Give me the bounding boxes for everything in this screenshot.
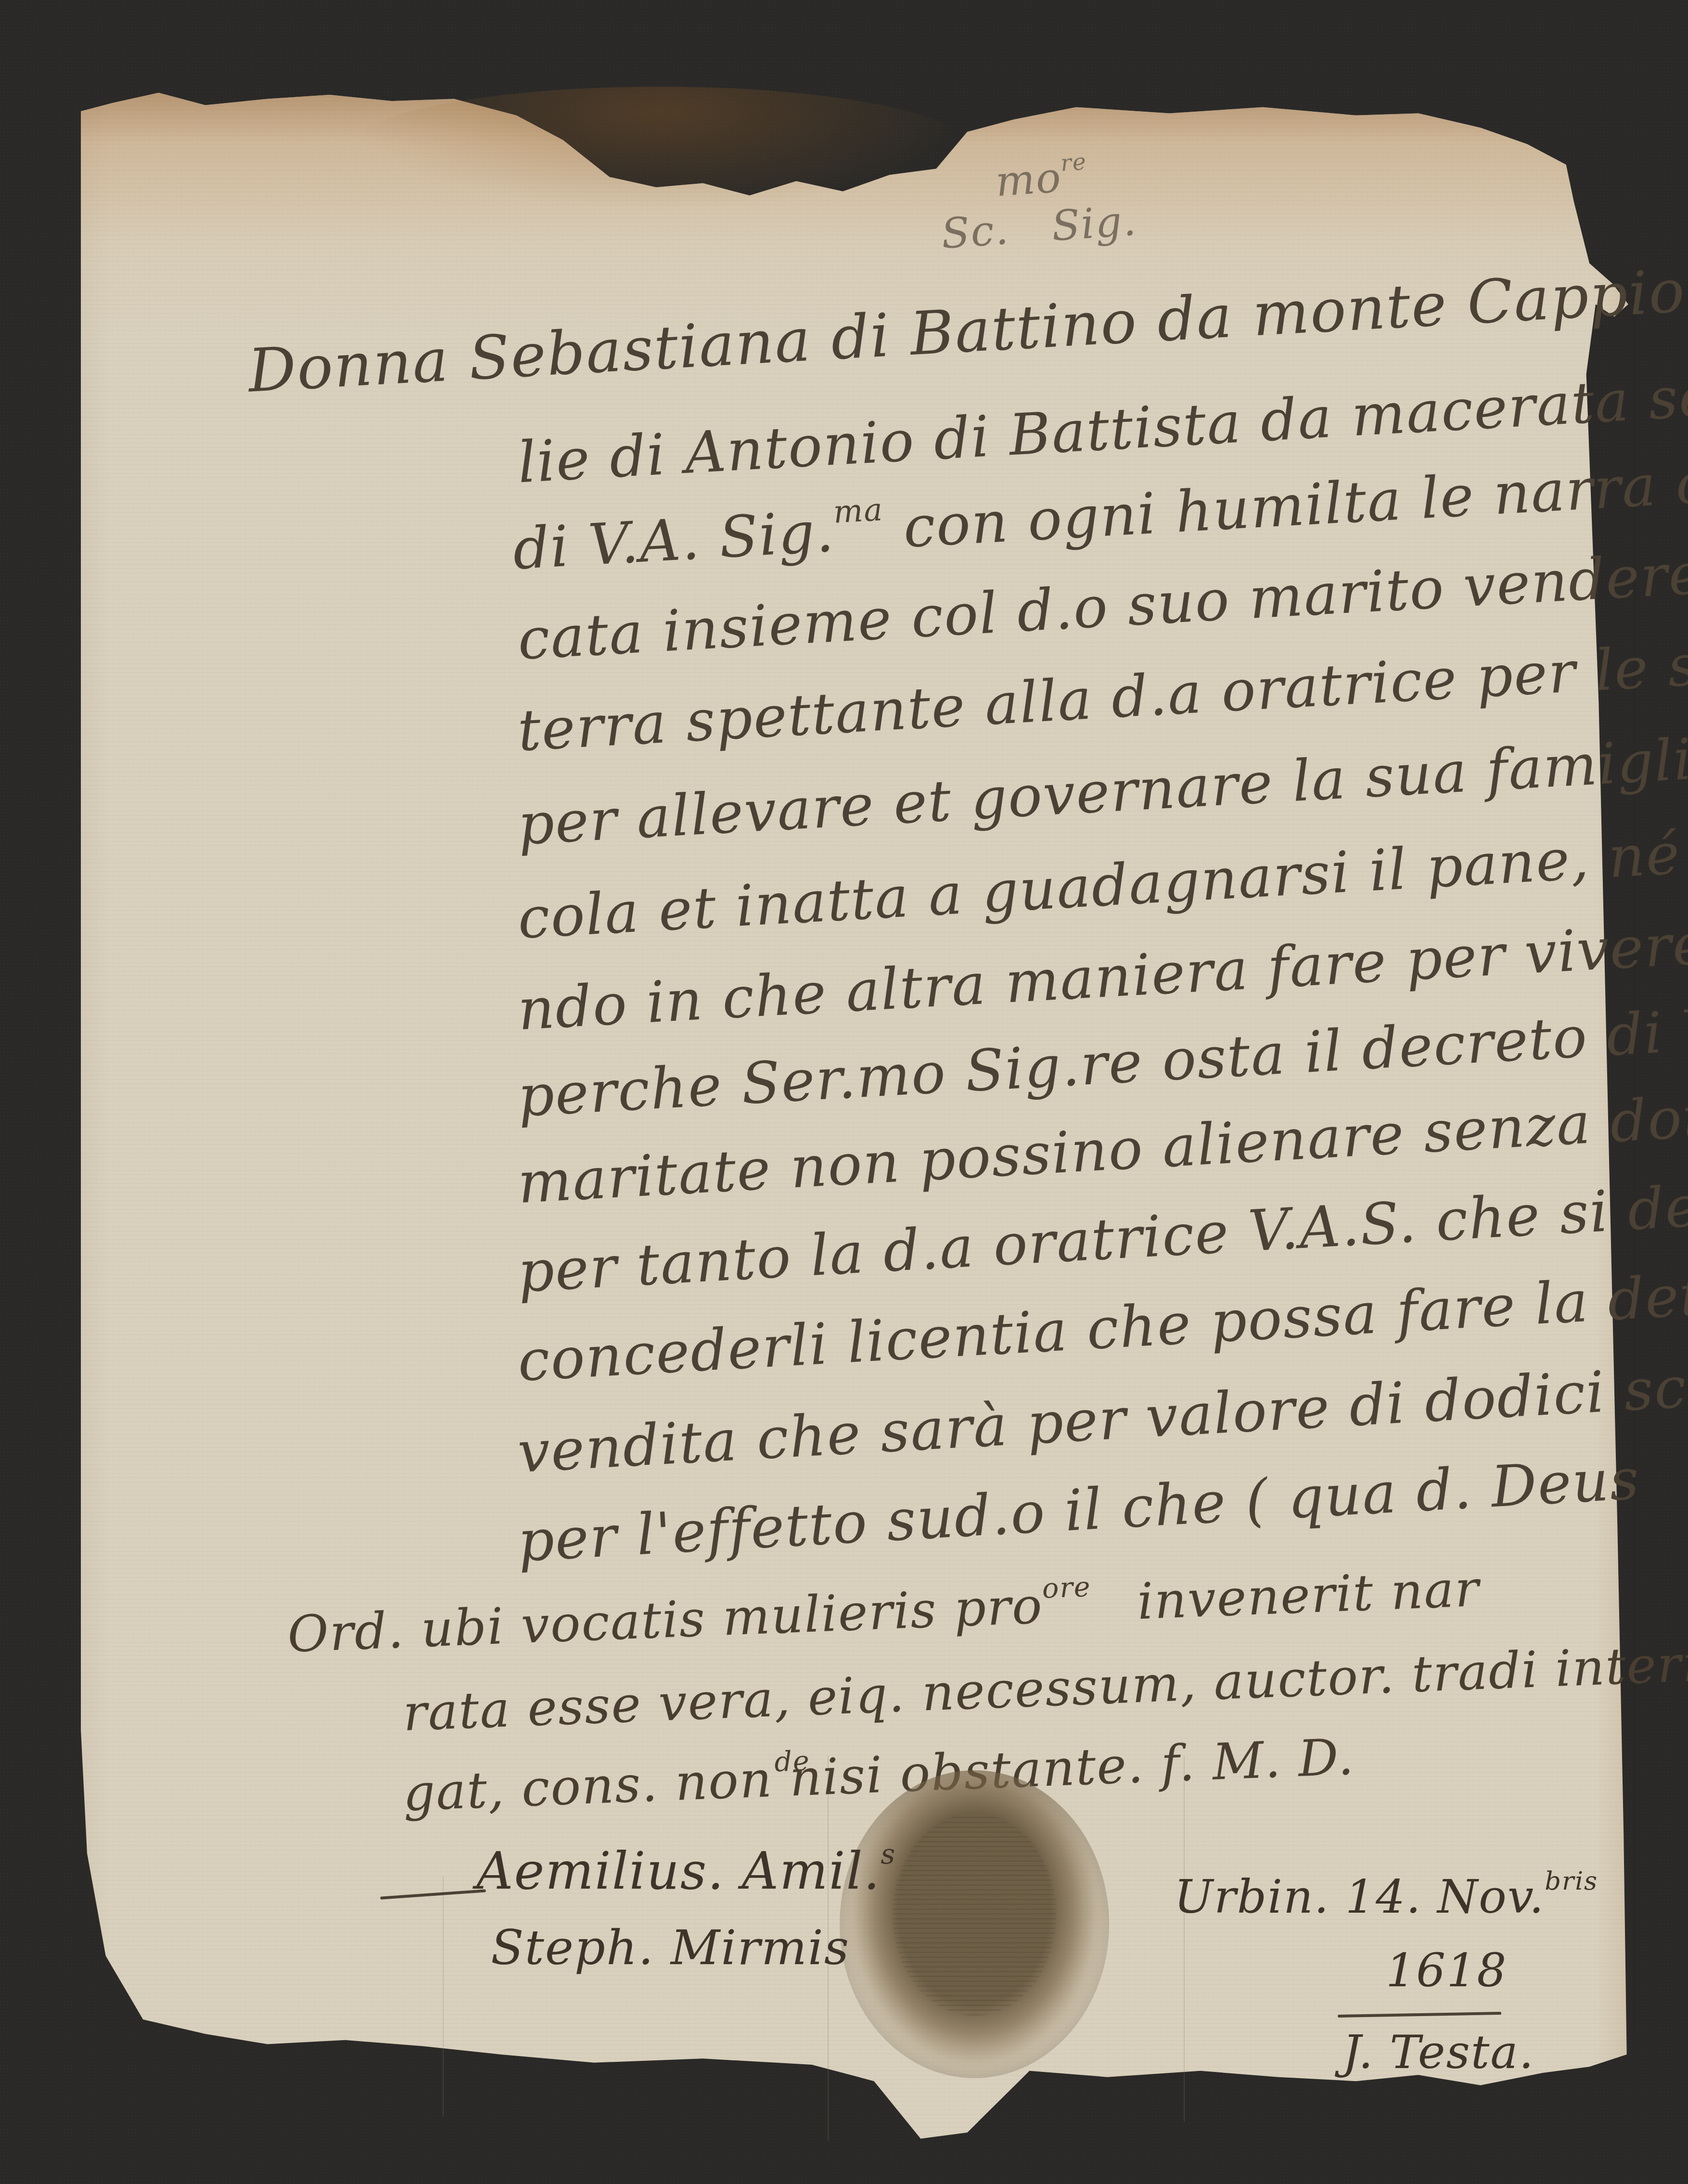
header-annotation: more Sc. Sig. (936, 145, 1138, 258)
paper-damage-hole (857, 123, 885, 168)
date-place-line: Urbin. 14. Nov.bris (1174, 1867, 1598, 1924)
signature-stephanus: Steph. Mirmis (491, 1919, 850, 1976)
wax-seal (840, 1770, 1109, 2078)
date-year: 1618 (1386, 1943, 1507, 1997)
seal-impression (893, 1814, 1056, 2016)
fold-crease (1184, 1756, 1185, 2121)
annotation-line-1: more (994, 145, 1135, 206)
signature-testa: J. Testa. (1343, 2025, 1535, 2079)
signature-aemilius: Aemilius. Amil.s (476, 1838, 896, 1901)
fold-crease (443, 1876, 444, 2117)
